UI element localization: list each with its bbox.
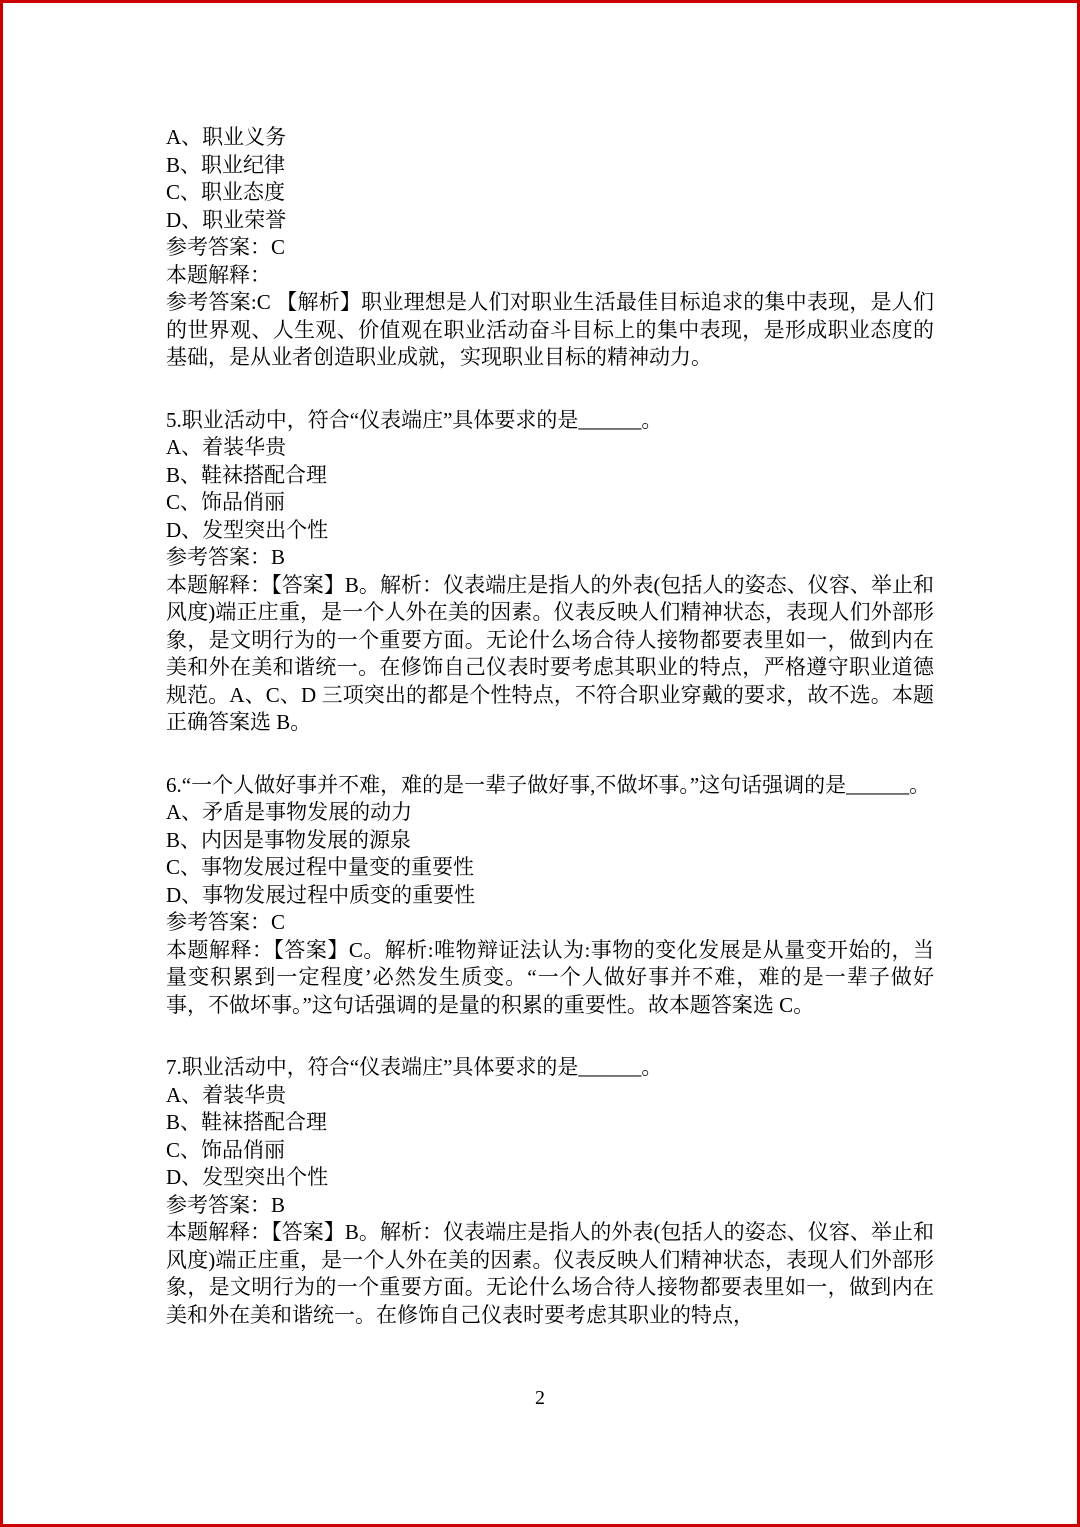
question-text: 7.职业活动中，符合“仪表端庄”具体要求的是______。 [166, 1054, 934, 1082]
page-number: 2 [3, 1387, 1077, 1410]
option-b: B、鞋袜搭配合理 [166, 1109, 934, 1137]
option-d: D、发型突出个性 [166, 517, 934, 545]
explanation-text: 本题解释：【答案】C。解析:唯物辩证法认为:事物的变化发展是从量变开始的，当量变… [166, 937, 934, 1020]
option-b: B、内因是事物发展的源泉 [166, 827, 934, 855]
option-a: A、矛盾是事物发展的动力 [166, 799, 934, 827]
document-page: A、职业义务B、职业纪律C、职业态度D、职业荣誉参考答案：C本题解释：参考答案:… [0, 0, 1080, 1527]
explanation-text: 本题解释：【答案】B。解析：仪表端庄是指人的外表(包括人的姿态、仪容、举止和风度… [166, 572, 934, 737]
option-a: A、职业义务 [166, 124, 934, 152]
reference-answer: 参考答案：B [166, 544, 934, 572]
option-d: D、职业荣誉 [166, 207, 934, 235]
option-c: C、饰品俏丽 [166, 489, 934, 517]
question-7-block: 7.职业活动中，符合“仪表端庄”具体要求的是______。A、着装华贵B、鞋袜搭… [166, 1054, 934, 1329]
option-a: A、着装华贵 [166, 434, 934, 462]
question-6-block: 6.“一个人做好事并不难，难的是一辈子做好事,不做坏事。”这句话强调的是____… [166, 772, 934, 1020]
option-c: C、饰品俏丽 [166, 1137, 934, 1165]
question-text: 6.“一个人做好事并不难，难的是一辈子做好事,不做坏事。”这句话强调的是____… [166, 772, 934, 800]
explanation-text: 本题解释：【答案】B。解析：仪表端庄是指人的外表(包括人的姿态、仪容、举止和风度… [166, 1219, 934, 1329]
question-4-answer-block: A、职业义务B、职业纪律C、职业态度D、职业荣誉参考答案：C本题解释：参考答案:… [166, 124, 934, 372]
option-b: B、鞋袜搭配合理 [166, 462, 934, 490]
reference-answer: 参考答案：C [166, 909, 934, 937]
reference-answer: 参考答案：B [166, 1192, 934, 1220]
question-text: 5.职业活动中，符合“仪表端庄”具体要求的是______。 [166, 407, 934, 435]
option-c: C、事物发展过程中量变的重要性 [166, 854, 934, 882]
option-d: D、发型突出个性 [166, 1164, 934, 1192]
document-content: A、职业义务B、职业纪律C、职业态度D、职业荣誉参考答案：C本题解释：参考答案:… [166, 124, 934, 1329]
reference-answer: 参考答案：C [166, 234, 934, 262]
option-b: B、职业纪律 [166, 152, 934, 180]
explanation-label: 本题解释： [166, 262, 934, 290]
option-c: C、职业态度 [166, 179, 934, 207]
explanation-text: 参考答案:C 【解析】职业理想是人们对职业生活最佳目标追求的集中表现，是人们的世… [166, 289, 934, 372]
question-5-block: 5.职业活动中，符合“仪表端庄”具体要求的是______。A、着装华贵B、鞋袜搭… [166, 407, 934, 737]
option-a: A、着装华贵 [166, 1082, 934, 1110]
option-d: D、事物发展过程中质变的重要性 [166, 882, 934, 910]
